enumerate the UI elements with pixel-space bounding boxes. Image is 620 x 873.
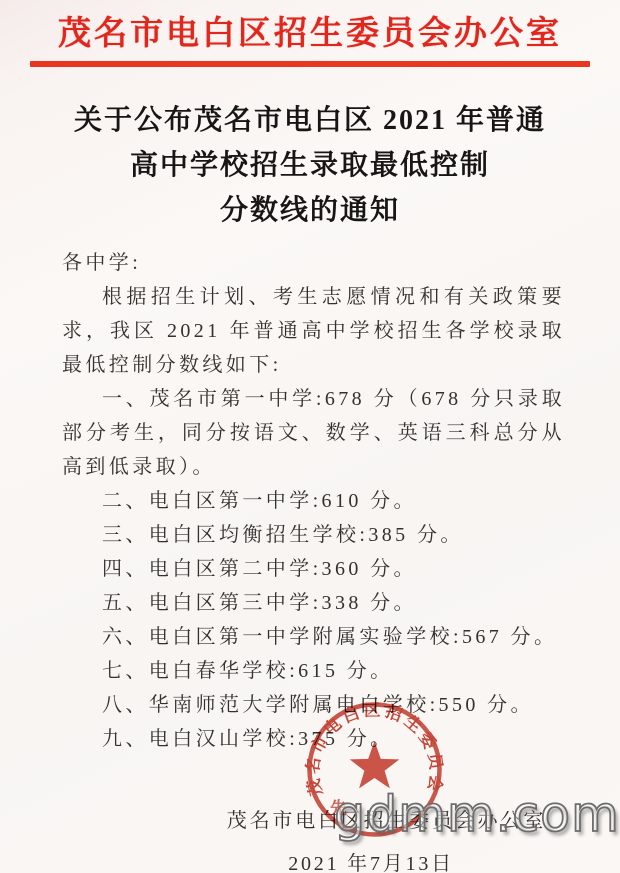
- intro-paragraph: 根据招生计划、考生志愿情况和有关政策要求，我区 2021 年普通高中学校招生各学…: [62, 280, 565, 382]
- list-item-4: 四、电白区第二中学:360 分。: [62, 552, 565, 586]
- document-title-line-1: 关于公布茂名市电白区 2021 年普通: [0, 98, 620, 143]
- signature-date: 2021 年7月13日: [0, 847, 454, 873]
- document-title: 关于公布茂名市电白区 2021 年普通 高中学校招生录取最低控制 分数线的通知: [0, 98, 620, 233]
- document-title-line-2: 高中学校招生录取最低控制: [0, 143, 620, 188]
- letterhead-divider: [30, 61, 590, 67]
- scanned-notice-page: 茂名市电白区招生委员会办公室 关于公布茂名市电白区 2021 年普通 高中学校招…: [0, 0, 620, 873]
- letterhead-org-name: 茂名市电白区招生委员会办公室: [0, 7, 620, 54]
- list-item-2: 二、电白区第一中学:610 分。: [62, 484, 565, 518]
- salutation: 各中学:: [62, 246, 565, 280]
- document-title-line-3: 分数线的通知: [0, 188, 620, 233]
- list-item-3: 三、电白区均衡招生学校:385 分。: [62, 518, 565, 552]
- list-item-6: 六、电白区第一中学附属实验学校:567 分。: [62, 620, 565, 654]
- star-icon: [350, 741, 400, 788]
- site-watermark: gdmm.com: [334, 786, 620, 843]
- list-item-5: 五、电白区第三中学:338 分。: [62, 586, 565, 620]
- document-body: 各中学: 根据招生计划、考生志愿情况和有关政策要求，我区 2021 年普通高中学…: [62, 246, 565, 756]
- list-item-1: 一、茂名市第一中学:678 分（678 分只录取部分考生，同分按语文、数学、英语…: [62, 382, 565, 484]
- list-item-7: 七、电白春华学校:615 分。: [62, 654, 565, 688]
